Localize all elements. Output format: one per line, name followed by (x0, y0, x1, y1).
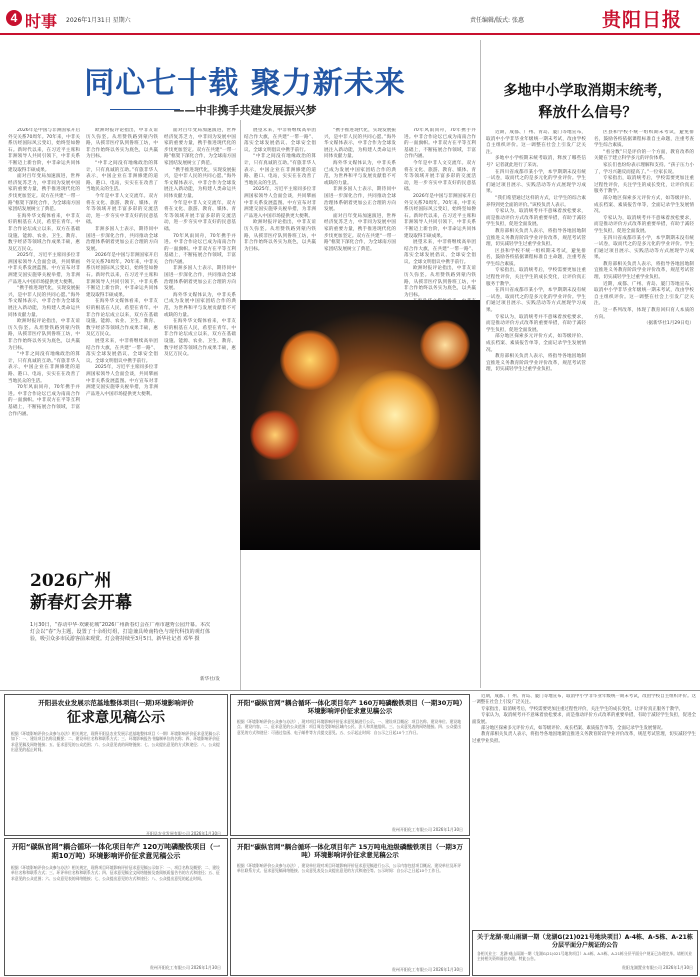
paragraph: 专家认为，取消统考并不意味着放松要求，而是推动评价方式改革的重要举措，有助于减轻… (486, 209, 586, 229)
ad-title: 关于龙湖·观山雨湖一期（龙湖G(21)021号地块项目）A-4栋、A-5栋、A-… (477, 934, 693, 949)
paragraph: “中非之间没有地缘政治的算计，只有真诚的互助。”有旅非华人表示，中国企业在非洲修… (86, 161, 158, 194)
paragraph: 2026年是中国与非洲国家开启外交关系70周年。70年来，中非关系历经国际风云变… (404, 194, 476, 240)
ad-title: 开阳“碳纵官网”耦合循环一体化项目年产 120万吨磷酸铁项目（一期10万吨）环境… (11, 843, 221, 861)
ad-signature: 贵州开阳化工有限公司 2026年1月30日 (231, 967, 463, 973)
paragraph: 非洲多国人士表示，期待同中国进一步深化合作，共同推动全球治理体系朝着更加公正合理… (164, 266, 236, 292)
ad-signature: 贵阳龙湖置业有限公司 2026年1月30日 (473, 965, 693, 971)
paragraph: 展望未来，中非将继续高举团结合作大旗，在共建“一带一路”、落实全球发展倡议、全球… (86, 339, 158, 365)
paragraph: 教育部相关负责人表示，将指导各地因地制宜推进义务教育阶段学业评价改革，规范考试管… (486, 354, 586, 374)
paragraph: 近期，成都、广州、青岛、厦门等地宣布，取消中小学非毕业年级统一期末考试，改由学校… (594, 282, 694, 308)
paragraph: 欧洲时报评论指出，中非友谊历久弥坚。从坦赞铁路到蒙内铁路，从援非医疗队到鲁班工坊… (8, 319, 80, 352)
column-divider (480, 40, 481, 688)
paragraph: 部分地区探索多元评价方式，如等级评价、成长档案、素质报告单等，全面记录学生发展情… (594, 196, 694, 216)
paragraph: 在海外华文媒体看来，中非友好的根基在人民，希望在青年。中非合作论坛成立以来，双方… (86, 299, 158, 339)
paragraph: 展望未来，中非将继续高举团结合作大旗，在共建“一带一路”、落实全球发展倡议、全球… (244, 128, 316, 154)
paragraph: 面对百年变局加速演进，世界经济复苏乏力，中非同为发展中国家的重要力量，携手推进现… (324, 214, 396, 254)
main-story-col-3: 面对百年变局加速演进，世界经济复苏乏力，中非同为发展中国家的重要力量，携手推进现… (164, 128, 236, 518)
ad-body: 根据《环境影响评价公众参与办法》，现对项目环境影响评价征求意见稿进行公示。一、建… (237, 719, 463, 823)
paragraph: “携手推进现代化，实现发展振兴，是中非人民的共同心愿。”海外华文媒体表示，中非合… (8, 286, 80, 319)
paragraph: “看分数”只是评价的一个方面，教育改革的关键在于建立科学多元的评价体系。 (594, 150, 694, 163)
paragraph: “携手推进现代化，实现发展振兴，是中非人民的共同心愿。”海外华文媒体表示，中非合… (164, 168, 236, 201)
paragraph: 在海外华文媒体看来，中非友好的根基在人民，希望在青年。中非合作论坛成立以来，双方… (164, 319, 236, 359)
paragraph: 在四川省成都市某小学，本学期期末没有统一试卷，取而代之的是多元化的学业评价。学生… (486, 170, 586, 196)
lantern-shape (350, 370, 440, 460)
page-number-badge: 4 (6, 10, 22, 26)
paragraph: “我们希望通过这样的方式，让学生的综合素养得到更全面的评价。”该校负责人表示。 (486, 196, 586, 209)
paragraph: 面对百年变局加速演进，世界经济复苏乏力，中非同为发展中国家的重要力量，携手推进现… (164, 128, 236, 168)
main-story-col-5: “携手推进现代化，实现发展振兴，是中非人民的共同心愿。”海外华文媒体表示，中非合… (324, 128, 396, 296)
main-story-col-2: 欧洲时报评论指出，中非友谊历久弥坚。从坦赞铁路到蒙内铁路，从援非医疗队到鲁班工坊… (86, 128, 158, 518)
dateline: （据新华社1月29日电） (594, 321, 694, 328)
ad-signature: 贵州开阳化工有限公司 2026年1月30日 (231, 827, 463, 833)
main-subheadline: ——中非携手共建发展振兴梦 (60, 102, 430, 118)
main-story-col-1: 2026年是中国与非洲国家开启外交关系70周年。70年来，中非关系历经国际风云变… (8, 128, 80, 518)
photo-credit: 新华社/发 (200, 676, 220, 682)
paragraph: 区县和学校不统一组织期末考试，避免排名，鼓励各校依据课程标准自主命题，注重考查学… (594, 130, 694, 150)
paragraph: 多地中小学校期末统考取消，释放了哪些信号？记者就此进行了采访。 (486, 156, 586, 169)
side-story-continuation: 近期，成都、广州、青岛、厦门等地宣布，取消中小学非毕业年级统一期末考试，改由学校… (472, 694, 696, 926)
ad-subtitle: 开阳县农业发展示范基地整体项目(一期)环境影响评价 (5, 699, 227, 707)
ad-notice-1: 开阳县农业发展示范基地整体项目(一期)环境影响评价 征求意见稿公示 根据《环境影… (4, 694, 228, 836)
masthead: 4 时事 2026年1月31日 星期六 责任编辑/版式: 张惠 贵阳日报 (0, 0, 700, 36)
crowd-silhouette (240, 480, 480, 550)
main-story-col-4: 展望未来，中非将继续高举团结合作大旗，在共建“一带一路”、落实全球发展倡议、全球… (244, 128, 316, 296)
paragraph: 专家认为，取消统考并不意味着放松要求，而是推动评价方式改革的重要举措，有助于减轻… (486, 315, 586, 335)
ad-body: 根据《环境影响评价公众参与办法》相关规定，现将项目环境影响评价征求意见稿公示如下… (11, 865, 221, 961)
paragraph: 展望未来，中非将继续高举团结合作大旗，在共建“一带一路”、落实全球发展倡议、全球… (404, 240, 476, 266)
paragraph: 教育部相关负责人表示，将指导各地因地制宜推进义务教育阶段学业评价改革，规范考试管… (472, 732, 696, 745)
paragraph: 家长们也纷纷表示理解和支持。“孩子压力小了，学习兴趣反而提高了。”一位家长说。 (594, 163, 694, 176)
paragraph: 非洲多国人士表示，期待同中国进一步深化合作，共同推动全球治理体系朝着更加公正合理… (86, 227, 158, 253)
ad-body: 根据《环境影响评价公众参与办法》，建设单位现对项目环境影响评价征求意见稿进行公示… (237, 863, 463, 963)
lantern-shape (250, 410, 300, 460)
ad-notice-2: 开阳“碳纵官网”耦合循环一体化项目年产 160万吨磷酸铁项目（一期30万吨）环境… (230, 694, 470, 836)
lantern-shape (280, 330, 340, 390)
side-story-headline: 多地中小学取消期末统考， 释放什么信号？ (480, 80, 695, 124)
ad-notice-3: 开阳“碳纵官网”耦合循环一体化项目年产 120万吨磷酸铁项目（一期10万吨）环境… (4, 838, 228, 976)
paragraph: 2026年是中国与非洲国家开启外交关系70周年。70年来，中非关系历经国际风云变… (8, 128, 80, 174)
paragraph: 近期，成都、广州、青岛、厦门等地宣布，取消中小学非毕业年级统一期末考试，改由学校… (486, 130, 586, 156)
headline-line-2: 新春灯会开幕 (30, 592, 210, 614)
headline-line-1: 多地中小学取消期末统考， (480, 80, 695, 102)
headline-line-2: 释放什么信号？ (480, 102, 695, 124)
ad-body: 根据《环境影响评价公众参与办法》相关规定，现将开阳县农业发展示范基地整体项目（一… (11, 731, 221, 827)
ad-signature: 贵州开阳化工有限公司 2026年1月30日 (5, 965, 221, 971)
main-headline: 同心七十载 聚力新未来 (60, 58, 430, 102)
paragraph: 教育部相关负责人表示，将指导各地因地制宜推进义务教育阶段学业评价改革，规范考试管… (594, 262, 694, 282)
paragraph: 专家指出，取消统考后，学校需要更加注重过程性评价，关注学生的成长变化，让评价真正… (486, 268, 586, 288)
paragraph: 70年风雨同舟，70年携手并进。中非合作论坛已成为南南合作的一面旗帜。中非双方在… (8, 385, 80, 418)
paragraph: 欧洲时报评论指出，中非友谊历久弥坚。从坦赞铁路到蒙内铁路，从援非医疗队到鲁班工坊… (86, 128, 158, 161)
side-story-col-2: 区县和学校不统一组织期末考试，避免排名，鼓励各校依据课程标准自主命题，注重考查学… (594, 130, 694, 684)
paragraph: “中非之间没有地缘政治的算计，只有真诚的互助。”有旅非华人表示，中国企业在非洲修… (244, 154, 316, 187)
ad-signature: 开阳县农业发展有限公司 2026年1月30日 (5, 831, 221, 837)
paragraph: 在四川省成都市某小学，本学期期末没有统一试卷，取而代之的是多元化的学业评价。学生… (594, 236, 694, 262)
lantern-shape (420, 320, 470, 370)
paragraph: 在海外华文媒体看来，中非友好的根基在人民，希望在青年。中非合作论坛成立以来，双方… (8, 214, 80, 254)
paragraph: 2025年，习近平主席同多位非洲国家领导人会面会谈，共同擘画中非关系发展蓝图。中… (86, 365, 158, 398)
paragraph: 区县和学校不统一组织期末考试，避免排名，鼓励各校依据课程标准自主命题，注重考查学… (486, 249, 586, 269)
issue-date: 2026年1月31日 星期六 (66, 15, 131, 24)
lantern-festival-photo (240, 300, 480, 550)
paragraph: 教育部相关负责人表示，将指导各地因地制宜推进义务教育阶段学业评价改革，规范考试管… (486, 229, 586, 249)
paragraph: 海外华文媒体认为，中非关系已成为发展中国家团结合作的典范，为世界和平与发展贡献着… (164, 293, 236, 319)
paragraph: 2025年，习近平主席同多位非洲国家领导人会面会谈，共同擘画中非关系发展蓝图。中… (244, 187, 316, 220)
ad-title: 开阳“碳纵官网”耦合循环一体化项目年产 15万吨电池级磷酸铁项目（一期3万吨）环… (237, 843, 463, 859)
header-rule (0, 33, 700, 35)
paragraph: 2026年是中国与非洲国家开启外交关系70周年。70年来，中非关系历经国际风云变… (86, 253, 158, 299)
paragraph: 海外华文媒体认为，中非关系已成为发展中国家团结合作的典范，为世界和平与发展贡献着… (324, 161, 396, 187)
paragraph: 在四川省成都市某小学，本学期期末没有统一试卷，取而代之的是多元化的学业评价。学生… (486, 288, 586, 314)
paragraph: 今年是中非人文交流年。双方将在文化、旅游、教育、媒体、青年等领域开展丰富多彩的交… (404, 161, 476, 194)
paragraph: 专家指出，取消统考后，学校需要更加注重过程性评价，关注学生的成长变化，让评价真正… (594, 176, 694, 196)
ad-notice-5: 关于龙湖·观山雨湖一期（龙湖G(21)021号地块项目）A-4栋、A-5栋、A-… (472, 930, 698, 976)
paragraph: 部分地区探索多元评价方式，如等级评价、成长档案、素质报告单等，全面记录学生发展情… (486, 334, 586, 354)
section-divider (0, 690, 700, 691)
lantern-story-body: 1月30日，“春动中华·欢聚花城”2026广州新春灯会在广州市越秀公园开幕。本次… (30, 622, 210, 670)
paragraph: 今年是中非人文交流年。双方将在文化、旅游、教育、媒体、青年等领域开展丰富多彩的交… (86, 194, 158, 227)
headline-line-1: 2026广州 (30, 570, 210, 592)
paragraph: 这一系列改革，体现了教育回归育人本质的方向。 (594, 308, 694, 321)
paragraph: 今年是中非人文交流年。双方将在文化、旅游、教育、媒体、青年等领域开展丰富多彩的交… (164, 201, 236, 234)
section-name: 时事 (25, 9, 57, 32)
lantern-story-headline: 2026广州 新春灯会开幕 (30, 570, 210, 614)
paragraph: 70年风雨同舟，70年携手并进。中非合作论坛已成为南南合作的一面旗帜。中非双方在… (164, 234, 236, 267)
paragraph: 欧洲时报评论指出，中非友谊历久弥坚。从坦赞铁路到蒙内铁路，从援非医疗队到鲁班工坊… (244, 220, 316, 253)
side-story-col-1: 近期，成都、广州、青岛、厦门等地宣布，取消中小学非毕业年级统一期末考试，改由学校… (486, 130, 586, 684)
ad-notice-4: 开阳“碳纵官网”耦合循环一体化项目年产 15万吨电池级磷酸铁项目（一期3万吨）环… (230, 838, 470, 976)
paragraph: “中非之间没有地缘政治的算计，只有真诚的互助。”有旅非华人表示，中国企业在非洲修… (8, 352, 80, 385)
paragraph: 非洲多国人士表示，期待同中国进一步深化合作，共同推动全球治理体系朝着更加公正合理… (324, 187, 396, 213)
ad-title: 征求意见稿公示 (5, 707, 227, 727)
ad-title: 开阳“碳纵官网”耦合循环一体化项目年产 160万吨磷酸铁项目（一期30万吨）环境… (237, 699, 463, 715)
paragraph: 专家认为，取消统考并不意味着放松要求，而是推动评价方式改革的重要举措，有助于减轻… (472, 713, 696, 726)
paragraph: 近期，成都、广州、青岛、厦门等地宣布，取消中小学非毕业年级统一期末考试，改由学校… (472, 694, 696, 707)
paragraph: “携手推进现代化，实现发展振兴，是中非人民的共同心愿。”海外华文媒体表示，中非合… (324, 128, 396, 161)
paragraph: 70年风雨同舟，70年携手并进。中非合作论坛已成为南南合作的一面旗帜。中非双方在… (404, 128, 476, 161)
ad-body: 各相关业主：龙湖·观山雨湖一期（龙湖G(21)021号地块项目）A-4栋、A-5… (477, 951, 693, 963)
newspaper-logo: 贵阳日报 (602, 5, 682, 32)
paragraph: 2025年，习近平主席同多位非洲国家领导人会面会谈，共同擘画中非关系发展蓝图。中… (8, 253, 80, 286)
editors-credit: 责任编辑/版式: 张惠 (470, 15, 524, 24)
paragraph: 面对百年变局加速演进，世界经济复苏乏力，中非同为发展中国家的重要力量，携手推进现… (8, 174, 80, 214)
paragraph: 欧洲时报评论指出，中非友谊历久弥坚。从坦赞铁路到蒙内铁路，从援非医疗队到鲁班工坊… (404, 266, 476, 299)
paragraph: 专家认为，取消统考并不意味着放松要求，而是推动评价方式改革的重要举措，有助于减轻… (594, 216, 694, 236)
